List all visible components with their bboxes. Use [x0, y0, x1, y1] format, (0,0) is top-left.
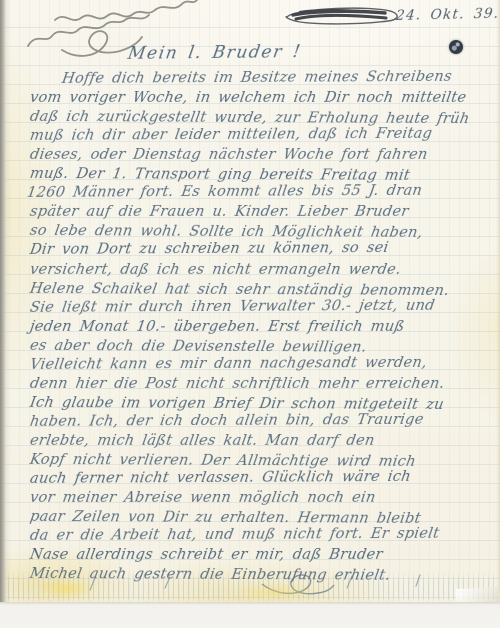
letter-line: vor meiner Abreise wenn möglich noch ein — [29, 490, 377, 506]
letter-line: auch ferner nicht verlassen. Glücklich w… — [29, 469, 412, 487]
letter-line: vom voriger Woche, in welchem ich Dir no… — [29, 90, 468, 106]
letter-line: erlebte, mich läßt alles kalt. Man darf … — [29, 433, 376, 449]
letter-line: später auf die Frauen u. Kinder. Lieber … — [29, 204, 410, 220]
letter-line: versichert, daß ich es nicht ermangeln w… — [29, 262, 402, 278]
scan-background: 24. Okt. 39. Mein l. Bruder ! Hoffe dich… — [0, 0, 500, 628]
underline-flourish — [262, 575, 334, 594]
letter-line: Sie ließt mir durch ihren Verwalter 30.-… — [29, 297, 436, 315]
letter-line: paar Zeilen von Dir zu erhalten. Hermann… — [29, 509, 422, 527]
pencil-scribble-note — [28, 15, 149, 46]
letter-page: 24. Okt. 39. Mein l. Bruder ! Hoffe dich… — [0, 0, 500, 602]
ink-marks-overlay — [0, 0, 500, 602]
paper-bottom-edge-texture — [8, 570, 498, 602]
pencil-scribble-flourish — [62, 31, 142, 56]
date-line: 24. Okt. 39. — [395, 6, 500, 24]
scan-bottom-margin — [0, 602, 500, 628]
hole-punch-stamp-icon — [449, 40, 463, 54]
letter-line: dieses, oder Dienstag nächster Woche for… — [29, 147, 429, 163]
letter-line: Nase allerdings schreibt er mir, daß Bru… — [29, 547, 384, 563]
salutation-line: Mein l. Bruder ! — [126, 42, 303, 64]
letter-line: so lebe denn wohl. Sollte ich Möglichkei… — [29, 223, 424, 241]
letter-line: muß. Der 1. Transport ging bereits Freit… — [29, 166, 412, 184]
letter-line: Hoffe dich bereits im Besitze meines Sch… — [61, 69, 453, 87]
letter-line: Helene Schaikel hat sich sehr anständig … — [29, 281, 451, 299]
letter-line: es aber doch die Devisenstelle bewillige… — [29, 338, 368, 356]
letter-line: da er die Arbeit hat, und muß nicht fort… — [29, 526, 441, 544]
letter-line: Vielleicht kann es mir dann nachgesandt … — [29, 355, 428, 373]
letter-line: daß ich zurückgestellt wurde, zur Erholu… — [29, 109, 471, 127]
redaction-scribble — [286, 8, 397, 24]
letter-line: Ich glaube im vorigen Brief Dir schon mi… — [29, 395, 445, 413]
letter-line: jeden Monat 10.- übergeben. Erst freilic… — [29, 319, 406, 335]
letter-line: Kopf nicht verlieren. Der Allmächtige wi… — [29, 452, 417, 470]
letter-line: denn hier die Post nicht schriftlich meh… — [29, 376, 446, 392]
letter-line: haben. Ich, der ich doch allein bin, das… — [29, 412, 425, 430]
letter-line: Dir von Dort zu schreiben zu können, so … — [29, 241, 390, 259]
letter-line: muß ich dir aber leider mitteilen, daß i… — [29, 126, 434, 144]
letter-line: 1260 Männer fort. Es kommt alles bis 55 … — [26, 183, 424, 201]
letter-line: Michel auch gestern die Einberufung erhi… — [29, 566, 392, 584]
pencil-scribble-note — [55, 0, 197, 20]
